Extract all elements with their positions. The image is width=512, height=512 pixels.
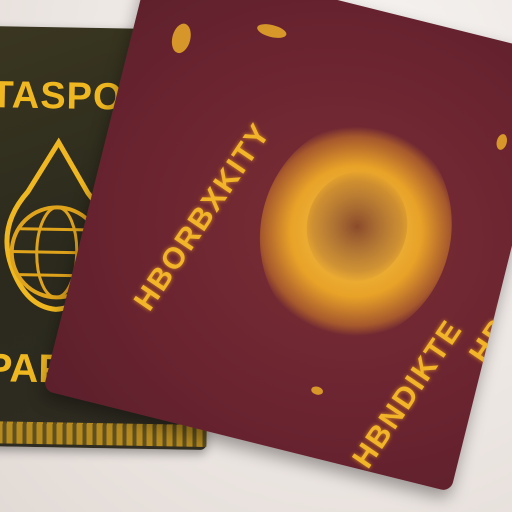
wear-mark: [256, 22, 288, 41]
worn-strip: [0, 421, 207, 447]
wear-mark: [495, 133, 509, 151]
wear-mark: [169, 22, 194, 55]
wear-mark: [310, 385, 324, 396]
front-passport-text-left: HBORBXKITY: [128, 117, 278, 317]
